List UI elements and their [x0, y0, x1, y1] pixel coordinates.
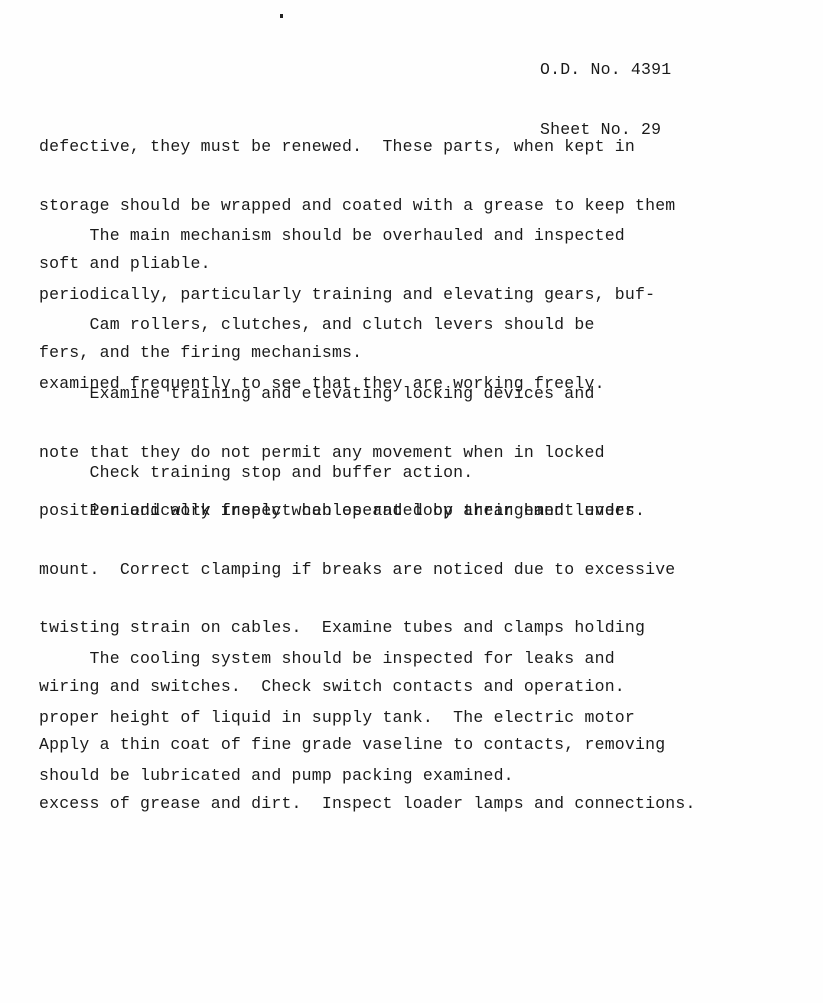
text-line: The cooling system should be inspected f…	[39, 649, 635, 669]
document-page: O.D. No. 4391 Sheet No. 29 defective, th…	[0, 0, 823, 1003]
paragraph-cooling-system: The cooling system should be inspected f…	[39, 610, 635, 825]
text-line: Cam rollers, clutches, and clutch levers…	[39, 315, 605, 335]
text-line: mount. Correct clamping if breaks are no…	[39, 560, 696, 580]
text-line: proper height of liquid in supply tank. …	[39, 708, 635, 728]
text-line: should be lubricated and pump packing ex…	[39, 766, 635, 786]
paper-speck	[280, 14, 283, 18]
od-number: O.D. No. 4391	[540, 60, 671, 80]
text-line: Examine training and elevating locking d…	[39, 384, 645, 404]
text-line: Periodically inspect cables and loop arr…	[39, 501, 696, 521]
text-line: The main mechanism should be overhauled …	[39, 226, 655, 246]
text-line: defective, they must be renewed. These p…	[39, 137, 675, 157]
